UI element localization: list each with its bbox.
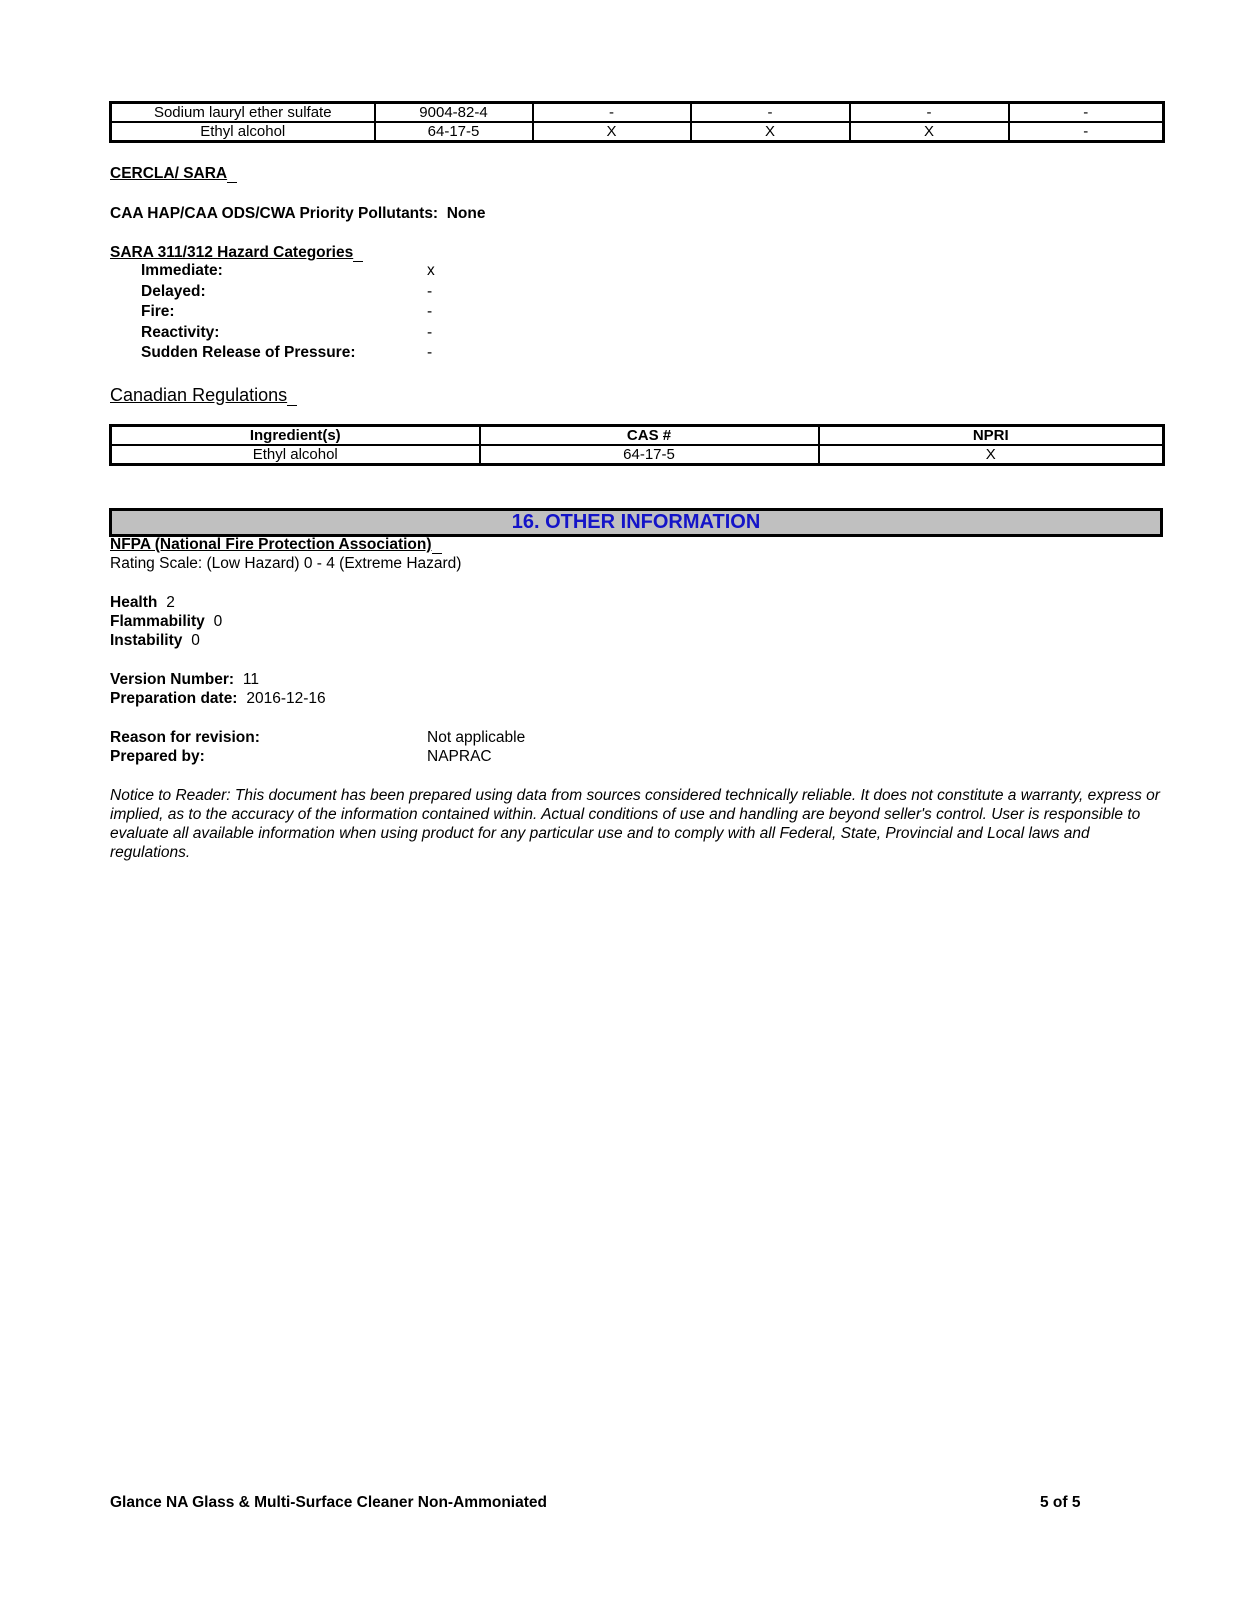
prep-date-label: Preparation date: (110, 690, 237, 707)
regulatory-table: Sodium lauryl ether sulfate 9004-82-4 - … (109, 101, 1165, 143)
table-cell: 9004-82-4 (375, 103, 533, 123)
table-cell: X (691, 122, 850, 142)
table-cell: X (533, 122, 691, 142)
rating-item: Instability 0 (110, 632, 222, 651)
sara-item-label: Reactivity: (141, 324, 219, 341)
sara-item-value: - (427, 283, 432, 301)
column-header: CAS # (480, 426, 819, 446)
version-block: Version Number: 11 Preparation date: 201… (110, 671, 326, 709)
table-cell: Ethyl alcohol (111, 445, 480, 465)
table-cell: - (850, 103, 1009, 123)
reason-value: Not applicable (427, 729, 525, 747)
version-value: 11 (243, 671, 259, 688)
revision-block: Reason for revision: Not applicable Prep… (110, 729, 710, 767)
reason-line: Reason for revision: Not applicable (110, 729, 710, 748)
sara-item: Delayed: - (141, 283, 461, 304)
table-row: Sodium lauryl ether sulfate 9004-82-4 - … (111, 103, 1164, 123)
canadian-heading-text: Canadian Regulations (110, 385, 287, 405)
cercla-heading-text: CERCLA/ SARA (110, 165, 227, 182)
table-row: Ethyl alcohol 64-17-5 X X X - (111, 122, 1164, 142)
rating-value: 2 (166, 594, 175, 611)
prep-date-line: Preparation date: 2016-12-16 (110, 690, 326, 709)
table-cell: X (850, 122, 1009, 142)
rating-value: 0 (191, 632, 200, 649)
prep-date-value: 2016-12-16 (246, 690, 325, 707)
sara-heading-text: SARA 311/312 Hazard Categories (110, 244, 353, 261)
table-cell: 64-17-5 (480, 445, 819, 465)
underline-pad (432, 538, 442, 554)
rating-item: Flammability 0 (110, 613, 222, 632)
table-row: Ethyl alcohol 64-17-5 X (111, 445, 1164, 465)
sara-item: Immediate: x (141, 262, 461, 283)
rating-label: Health (110, 594, 157, 611)
rating-label: Instability (110, 632, 182, 649)
table-cell: - (1009, 103, 1164, 123)
rating-label: Flammability (110, 613, 205, 630)
sara-item: Sudden Release of Pressure: - (141, 344, 461, 365)
sara-item-value: - (427, 303, 432, 321)
sara-item: Reactivity: - (141, 324, 461, 345)
nfpa-heading: NFPA (National Fire Protection Associati… (110, 536, 442, 554)
sara-item-value: - (427, 344, 432, 362)
column-header: NPRI (819, 426, 1164, 446)
caa-label: CAA HAP/CAA ODS/CWA Priority Pollutants: (110, 205, 438, 222)
footer-page-number: 5 of 5 (1040, 1494, 1080, 1512)
nfpa-heading-text: NFPA (National Fire Protection Associati… (110, 536, 432, 553)
footer-product-name: Glance NA Glass & Multi-Surface Cleaner … (110, 1494, 547, 1512)
cercla-heading: CERCLA/ SARA (110, 165, 237, 183)
nfpa-ratings: Health 2 Flammability 0 Instability 0 (110, 594, 222, 651)
underline-pad (353, 246, 363, 262)
table-cell: Ethyl alcohol (111, 122, 375, 142)
table-cell: - (1009, 122, 1164, 142)
sara-heading: SARA 311/312 Hazard Categories (110, 244, 363, 262)
sara-item-label: Immediate: (141, 262, 223, 279)
section-16-header: 16. OTHER INFORMATION (109, 508, 1163, 537)
notice-to-reader: Notice to Reader: This document has been… (110, 786, 1170, 862)
sara-item-label: Fire: (141, 303, 175, 320)
rating-scale: Rating Scale: (Low Hazard) 0 - 4 (Extrem… (110, 555, 461, 573)
rating-item: Health 2 (110, 594, 222, 613)
table-cell: Sodium lauryl ether sulfate (111, 103, 375, 123)
prepared-by-value: NAPRAC (427, 748, 492, 766)
reason-label: Reason for revision: (110, 729, 260, 746)
version-line: Version Number: 11 (110, 671, 326, 690)
version-label: Version Number: (110, 671, 234, 688)
table-cell: X (819, 445, 1164, 465)
sara-list: Immediate: x Delayed: - Fire: - Reactivi… (141, 262, 461, 365)
rating-value: 0 (214, 613, 223, 630)
table-cell: 64-17-5 (375, 122, 533, 142)
underline-pad (287, 388, 297, 406)
underline-pad (227, 167, 237, 183)
prepared-by-line: Prepared by: NAPRAC (110, 748, 710, 767)
sara-item-value: - (427, 324, 432, 342)
table-header-row: Ingredient(s) CAS # NPRI (111, 426, 1164, 446)
sara-item-value: x (427, 262, 435, 280)
canadian-table: Ingredient(s) CAS # NPRI Ethyl alcohol 6… (109, 424, 1165, 466)
sara-item: Fire: - (141, 303, 461, 324)
table-cell: - (691, 103, 850, 123)
caa-line: CAA HAP/CAA ODS/CWA Priority Pollutants:… (110, 205, 485, 223)
caa-value: None (447, 205, 486, 222)
table-cell: - (533, 103, 691, 123)
column-header: Ingredient(s) (111, 426, 480, 446)
canadian-heading: Canadian Regulations (110, 385, 297, 406)
section-16-title: 16. OTHER INFORMATION (512, 511, 761, 533)
prepared-by-label: Prepared by: (110, 748, 205, 765)
sara-item-label: Delayed: (141, 283, 206, 300)
sara-item-label: Sudden Release of Pressure: (141, 344, 356, 361)
